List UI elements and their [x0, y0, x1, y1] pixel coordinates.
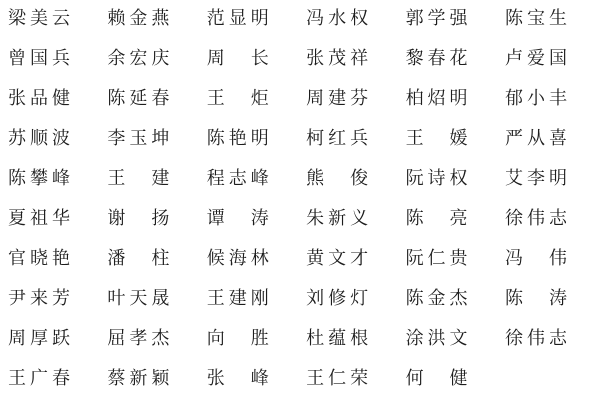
name-cell: 陈 涛 [505, 288, 573, 328]
name-cell: 尹来芳 [8, 288, 76, 328]
name-cell: 黎春花 [406, 48, 474, 88]
name-cell: 王 建 [107, 168, 175, 208]
name-cell: 熊 俊 [306, 168, 374, 208]
name-cell: 严从喜 [505, 128, 573, 168]
name-cell: 徐伟志 [505, 328, 573, 368]
name-cell: 冯 伟 [505, 248, 573, 288]
name-cell: 艾李明 [505, 168, 573, 208]
name-cell: 周厚跃 [8, 328, 76, 368]
name-cell: 梁美云 [8, 8, 76, 48]
name-cell: 夏祖华 [8, 208, 76, 248]
name-cell: 卢爱国 [505, 48, 573, 88]
name-cell: 谭 涛 [207, 208, 275, 248]
name-cell: 周建芬 [306, 88, 374, 128]
name-cell: 冯水权 [306, 8, 374, 48]
name-cell: 候海林 [207, 248, 275, 288]
name-cell: 郭学强 [406, 8, 474, 48]
name-cell: 谢 扬 [107, 208, 175, 248]
name-cell: 赖金燕 [107, 8, 175, 48]
name-cell: 郁小丰 [505, 88, 573, 128]
name-cell: 刘修灯 [306, 288, 374, 328]
name-cell [505, 368, 573, 402]
name-cell: 李玉坤 [107, 128, 175, 168]
name-cell: 涂洪文 [406, 328, 474, 368]
name-cell: 陈延春 [107, 88, 175, 128]
name-cell: 陈宝生 [505, 8, 573, 48]
name-roster: 梁美云赖金燕范显明冯水权郭学强陈宝生曾国兵余宏庆周 长张茂祥黎春花卢爱国张品健陈… [0, 0, 599, 402]
name-cell: 曾国兵 [8, 48, 76, 88]
name-cell: 陈金杰 [406, 288, 474, 328]
name-cell: 王建刚 [207, 288, 275, 328]
name-cell: 范显明 [207, 8, 275, 48]
name-cell: 陈攀峰 [8, 168, 76, 208]
name-cell: 周 长 [207, 48, 275, 88]
name-cell: 朱新义 [306, 208, 374, 248]
name-cell: 杜蕴根 [306, 328, 374, 368]
name-cell: 张茂祥 [306, 48, 374, 88]
name-cell: 向 胜 [207, 328, 275, 368]
name-cell: 张 峰 [207, 368, 275, 402]
name-cell: 阮诗权 [406, 168, 474, 208]
name-cell: 张品健 [8, 88, 76, 128]
name-cell: 柯红兵 [306, 128, 374, 168]
name-cell: 王广春 [8, 368, 76, 402]
name-cell: 陈 亮 [406, 208, 474, 248]
name-cell: 阮仁贵 [406, 248, 474, 288]
name-cell: 何 健 [406, 368, 474, 402]
name-cell: 王仁荣 [306, 368, 374, 402]
name-cell: 官晓艳 [8, 248, 76, 288]
name-cell: 王 炬 [207, 88, 275, 128]
name-cell: 叶天晟 [107, 288, 175, 328]
name-cell: 王 媛 [406, 128, 474, 168]
name-cell: 徐伟志 [505, 208, 573, 248]
name-cell: 柏炤明 [406, 88, 474, 128]
name-cell: 苏顺波 [8, 128, 76, 168]
name-cell: 屈孝杰 [107, 328, 175, 368]
name-cell: 蔡新颖 [107, 368, 175, 402]
name-cell: 黄文才 [306, 248, 374, 288]
name-cell: 程志峰 [207, 168, 275, 208]
name-cell: 陈艳明 [207, 128, 275, 168]
name-cell: 潘 柱 [107, 248, 175, 288]
name-cell: 余宏庆 [107, 48, 175, 88]
